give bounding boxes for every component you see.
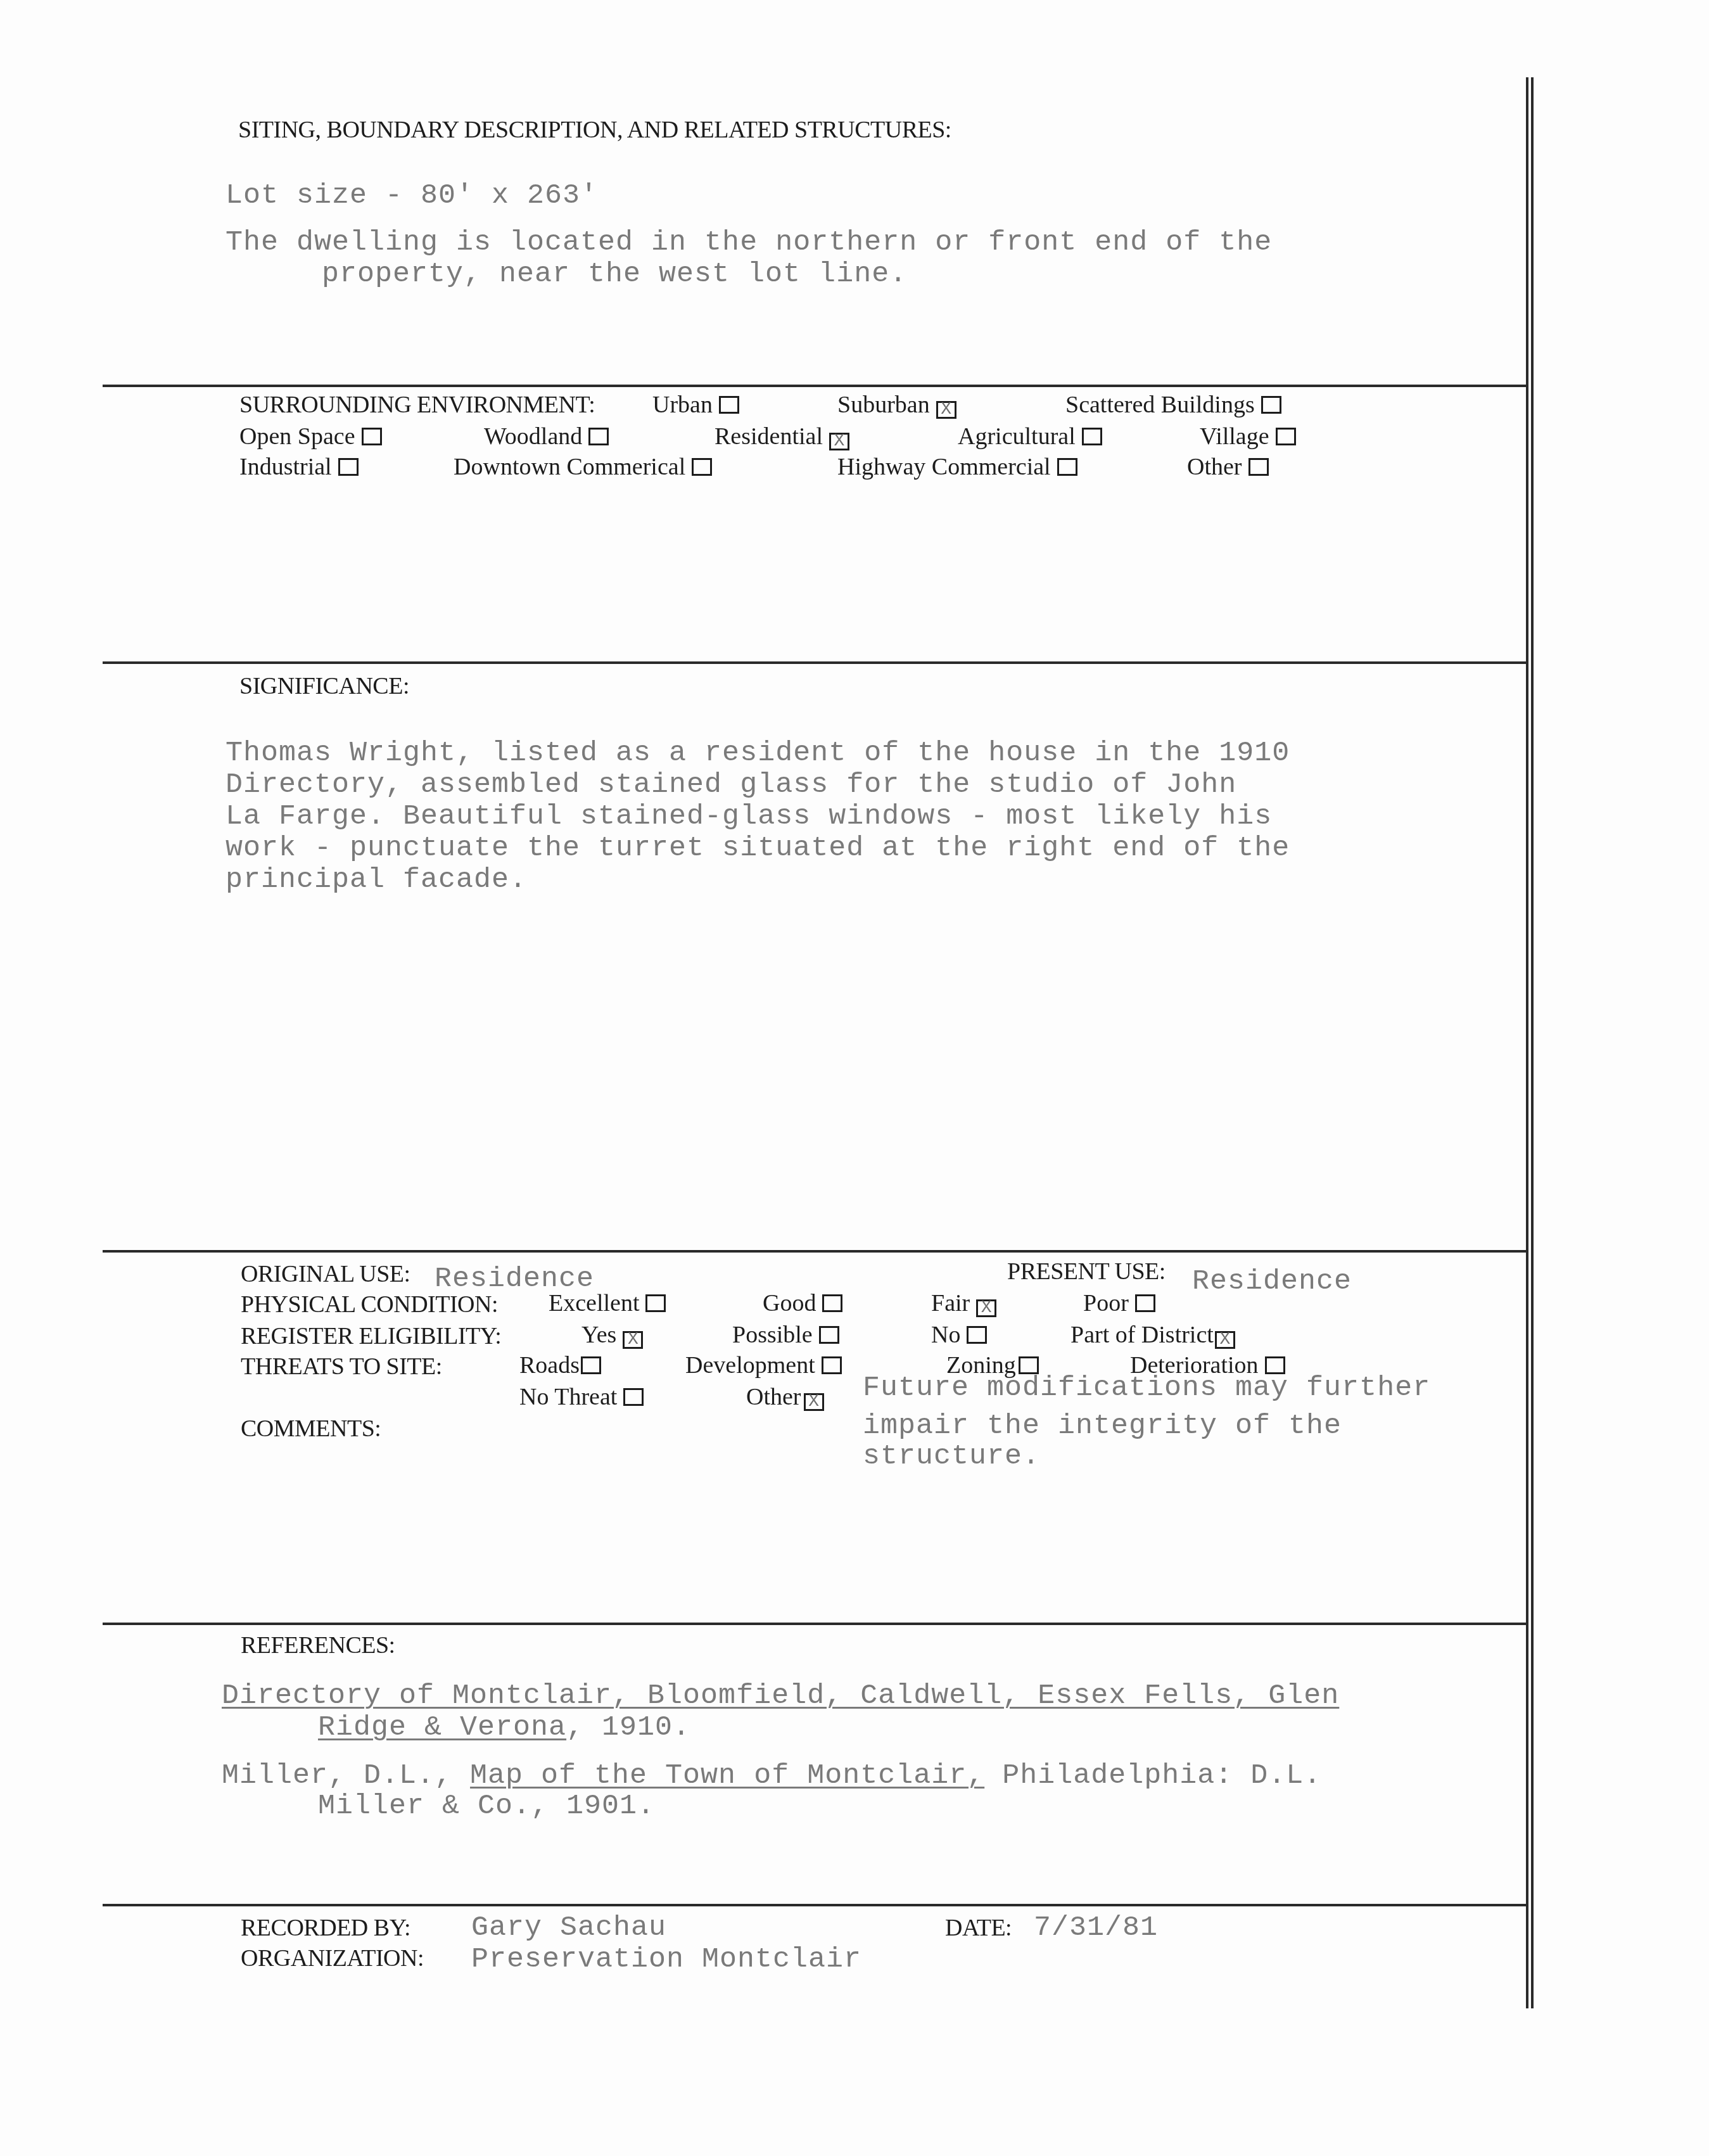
condition-good-label: Good [763, 1290, 816, 1317]
env-village-label: Village [1200, 423, 1269, 450]
reference-1-line2: Ridge & Verona, 1910. [318, 1713, 690, 1742]
env-urban-label: Urban [652, 392, 713, 418]
env-option-scattered-buildings[interactable]: Scattered Buildings [1065, 393, 1281, 417]
reference-2-title: Map of the Town of Montclair, [470, 1759, 984, 1792]
eligibility-possible-label: Possible [732, 1322, 813, 1348]
condition-fair-label: Fair [931, 1290, 970, 1317]
survey-form-page: SITING, BOUNDARY DESCRIPTION, AND RELATE… [0, 0, 1709, 2156]
threat-other-text-line1: Future modifications may further [863, 1374, 1430, 1402]
eligibility-yes-checkbox[interactable]: X [623, 1331, 643, 1349]
env-residential-checkbox[interactable]: X [829, 433, 849, 450]
significance-line3: La Farge. Beautiful stained-glass window… [226, 802, 1272, 831]
env-downtown-commercial-label: Downtown Commerical [454, 454, 685, 480]
condition-poor-checkbox[interactable] [1135, 1294, 1155, 1312]
reference-2-line2: Miller & Co., 1901. [318, 1792, 655, 1820]
siting-description-line2: property, near the west lot line. [322, 260, 907, 288]
env-scattered-buildings-label: Scattered Buildings [1065, 392, 1255, 418]
eligibility-part-of-district-checkbox[interactable]: X [1215, 1331, 1235, 1349]
env-highway-commercial-checkbox[interactable] [1057, 458, 1077, 476]
env-agricultural-label: Agricultural [958, 423, 1076, 450]
threat-other-label: Other [746, 1384, 801, 1410]
threat-option-development[interactable]: Development [685, 1353, 842, 1377]
reference-1-title-part1: Directory of Montclair, Bloomfield, Cald… [222, 1680, 1339, 1712]
env-highway-commercial-label: Highway Commercial [837, 454, 1051, 480]
condition-good-checkbox[interactable] [822, 1294, 842, 1312]
eligibility-possible-checkbox[interactable] [819, 1326, 839, 1344]
reference-1-line1: Directory of Montclair, Bloomfield, Cald… [222, 1681, 1339, 1710]
env-open-space-checkbox[interactable] [362, 428, 382, 445]
reference-2-publisher: Philadelphia: D.L. [984, 1759, 1321, 1792]
section-divider-1 [103, 385, 1528, 387]
threat-development-label: Development [685, 1352, 815, 1379]
eligibility-part-of-district-label: Part of District [1071, 1322, 1214, 1348]
threat-no-threat-checkbox[interactable] [623, 1388, 644, 1406]
env-scattered-buildings-checkbox[interactable] [1261, 396, 1281, 414]
organization-value: Preservation Montclair [471, 1945, 861, 1974]
organization-label: ORGANIZATION: [241, 1946, 424, 1970]
physical-condition-label: PHYSICAL CONDITION: [241, 1292, 498, 1317]
condition-option-poor[interactable]: Poor [1083, 1291, 1155, 1315]
eligibility-option-no[interactable]: No [931, 1323, 987, 1347]
threat-option-other[interactable]: OtherX [746, 1385, 824, 1411]
threat-other-checkbox[interactable]: X [804, 1393, 824, 1411]
env-other-checkbox[interactable] [1248, 458, 1269, 476]
siting-heading: SITING, BOUNDARY DESCRIPTION, AND RELATE… [238, 118, 951, 142]
env-suburban-checkbox[interactable]: X [936, 401, 956, 419]
condition-option-excellent[interactable]: Excellent [549, 1291, 666, 1315]
threat-roads-label: Roads [519, 1352, 580, 1379]
section-divider-2 [103, 661, 1528, 664]
present-use-value: Residence [1192, 1267, 1352, 1296]
env-open-space-label: Open Space [239, 423, 355, 450]
env-option-suburban[interactable]: SuburbanX [837, 393, 956, 419]
reference-1-year: , 1910. [566, 1711, 690, 1744]
condition-excellent-label: Excellent [549, 1290, 639, 1317]
threat-option-roads[interactable]: Roads [519, 1353, 601, 1377]
condition-option-good[interactable]: Good [763, 1291, 842, 1315]
env-agricultural-checkbox[interactable] [1082, 428, 1102, 445]
env-industrial-checkbox[interactable] [338, 458, 359, 476]
eligibility-option-yes[interactable]: YesX [581, 1323, 643, 1349]
reference-2-author: Miller, D.L., [222, 1759, 470, 1792]
right-border-line-inner [1531, 77, 1534, 2008]
threat-other-text-line2: impair the integrity of the [863, 1412, 1342, 1440]
eligibility-option-possible[interactable]: Possible [732, 1323, 839, 1347]
condition-excellent-checkbox[interactable] [645, 1294, 666, 1312]
condition-fair-checkbox[interactable]: X [976, 1299, 996, 1317]
right-border-line-outer [1526, 77, 1528, 2008]
section-divider-3 [103, 1250, 1528, 1253]
register-eligibility-label: REGISTER ELIGIBILITY: [241, 1324, 501, 1348]
lot-size-text: Lot size - 80' x 263' [226, 181, 598, 210]
reference-1-title-part2: Ridge & Verona [318, 1711, 566, 1744]
env-option-other[interactable]: Other [1187, 455, 1269, 479]
env-suburban-label: Suburban [837, 392, 930, 418]
threat-other-text-line3: structure. [863, 1442, 1040, 1470]
original-use-label: ORIGINAL USE: [241, 1262, 410, 1286]
surrounding-environment-heading: SURROUNDING ENVIRONMENT: [239, 393, 595, 417]
threat-no-threat-label: No Threat [519, 1384, 617, 1410]
threats-to-site-label: THREATS TO SITE: [241, 1355, 442, 1379]
section-divider-5 [103, 1904, 1528, 1906]
significance-heading: SIGNIFICANCE: [239, 674, 409, 698]
env-urban-checkbox[interactable] [719, 396, 739, 414]
section-divider-4 [103, 1623, 1528, 1625]
env-industrial-label: Industrial [239, 454, 332, 480]
reference-2-line1: Miller, D.L., Map of the Town of Montcla… [222, 1761, 1321, 1790]
eligibility-option-part-of-district[interactable]: Part of DistrictX [1071, 1323, 1235, 1349]
eligibility-no-label: No [931, 1322, 960, 1348]
env-option-woodland[interactable]: Woodland [484, 424, 609, 449]
env-option-urban[interactable]: Urban [652, 393, 739, 417]
recorded-by-label: RECORDED BY: [241, 1916, 410, 1940]
env-option-industrial[interactable]: Industrial [239, 455, 359, 479]
significance-line1: Thomas Wright, listed as a resident of t… [226, 739, 1290, 767]
env-village-checkbox[interactable] [1276, 428, 1296, 445]
env-option-downtown-commercial[interactable]: Downtown Commerical [454, 455, 712, 479]
present-use-label: PRESENT USE: [1007, 1260, 1166, 1284]
significance-line2: Directory, assembled stained glass for t… [226, 770, 1236, 799]
recorded-by-value: Gary Sachau [471, 1913, 666, 1942]
env-option-residential[interactable]: ResidentialX [715, 424, 849, 450]
env-other-label: Other [1187, 454, 1242, 480]
date-value: 7/31/81 [1034, 1913, 1158, 1942]
eligibility-yes-label: Yes [581, 1322, 616, 1348]
threat-development-checkbox[interactable] [822, 1356, 842, 1374]
significance-line5: principal facade. [226, 865, 527, 894]
eligibility-no-checkbox[interactable] [967, 1326, 987, 1344]
references-heading: REFERENCES: [241, 1633, 395, 1657]
comments-label: COMMENTS: [241, 1417, 381, 1441]
env-option-agricultural[interactable]: Agricultural [958, 424, 1102, 449]
threat-option-no-threat[interactable]: No Threat [519, 1385, 644, 1409]
threat-roads-checkbox[interactable] [581, 1356, 601, 1374]
env-residential-label: Residential [715, 423, 823, 450]
date-label: DATE: [945, 1916, 1012, 1940]
env-option-highway-commercial[interactable]: Highway Commercial [837, 455, 1077, 479]
siting-description-line1: The dwelling is located in the northern … [226, 228, 1272, 257]
env-option-open-space[interactable]: Open Space [239, 424, 382, 449]
env-woodland-checkbox[interactable] [588, 428, 609, 445]
original-use-value: Residence [435, 1265, 594, 1293]
env-option-village[interactable]: Village [1200, 424, 1296, 449]
condition-poor-label: Poor [1083, 1290, 1129, 1317]
condition-option-fair[interactable]: FairX [931, 1291, 996, 1317]
significance-line4: work - punctuate the turret situated at … [226, 834, 1290, 862]
env-woodland-label: Woodland [484, 423, 582, 450]
env-downtown-commercial-checkbox[interactable] [692, 458, 712, 476]
